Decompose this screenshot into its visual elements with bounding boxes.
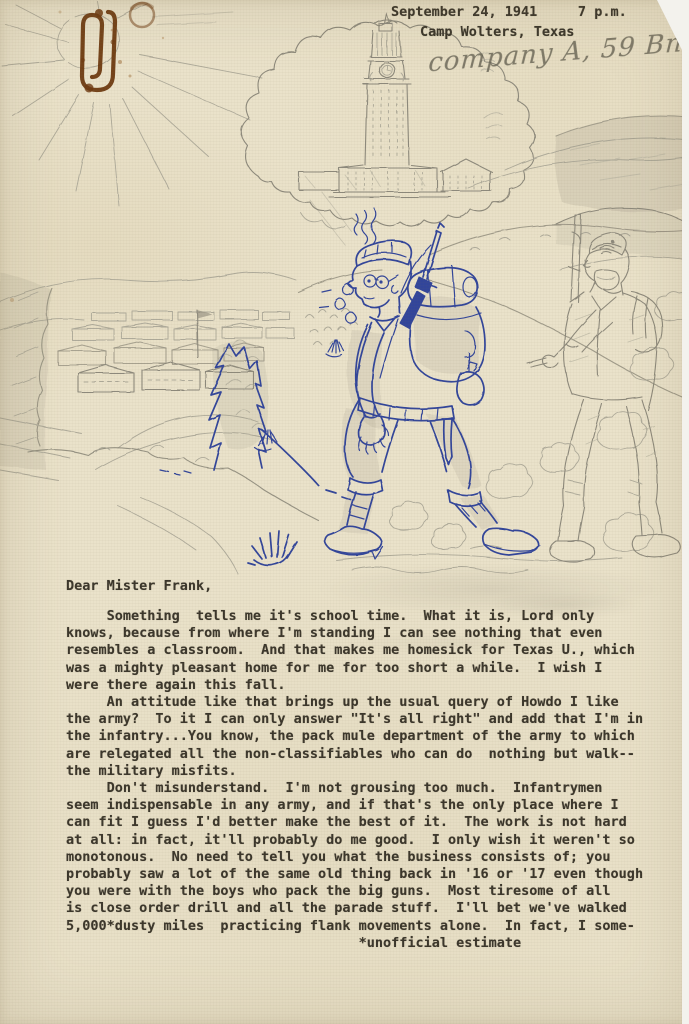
thought-squiggles-ink bbox=[354, 208, 376, 244]
letter-body: Something tells me it's school time. Wha… bbox=[66, 608, 643, 952]
rust-stains bbox=[10, 3, 164, 302]
sun-rays-sketch bbox=[2, 2, 352, 245]
uniform-shading-sketch bbox=[338, 297, 500, 534]
salutation: Dear Mister Frank, bbox=[66, 578, 212, 595]
date-line: September 24, 1941 7 p.m. bbox=[391, 4, 627, 21]
cartoon-illustration bbox=[0, 0, 689, 575]
letter-page: September 24, 1941 7 p.m. Camp Wolters, … bbox=[0, 0, 689, 1024]
laughing-soldier-sketch bbox=[527, 215, 680, 562]
flagpole-sketch bbox=[197, 310, 212, 358]
garrison-cap-ink bbox=[356, 241, 411, 266]
scan-edge bbox=[682, 0, 689, 1024]
camp-valley-sketch bbox=[0, 272, 318, 574]
